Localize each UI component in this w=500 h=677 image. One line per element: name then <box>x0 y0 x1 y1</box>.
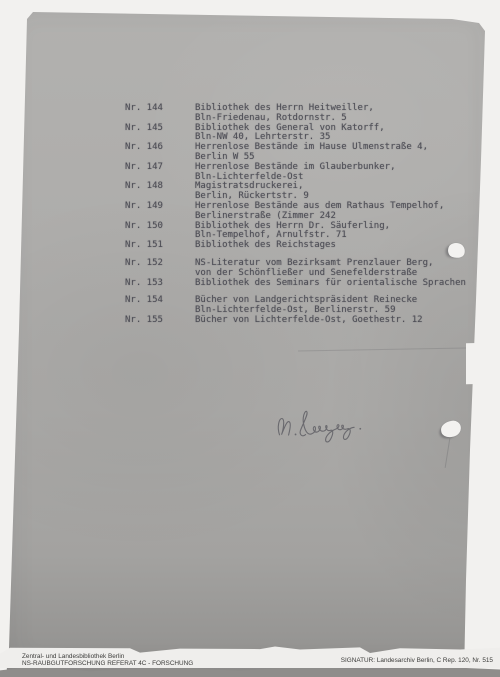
entry-number: Nr. 154 <box>125 296 195 316</box>
entry-number: Nr. 153 <box>125 279 195 289</box>
entry-row-155: Nr. 155 Bücher von Lichterfelde-Ost, Goe… <box>125 316 466 326</box>
paper-edge-notch <box>466 343 488 385</box>
typed-list: Nr. 144 Bibliothek des Herrn Heitweiller… <box>125 104 466 326</box>
entry-number: Nr. 148 <box>125 182 195 202</box>
footer-credit-line2: NS-RAUBGUTFORSCHUNG REFERAT 4C - FORSCHU… <box>22 660 193 667</box>
entry-row-151: Nr. 151 Bibliothek des Reichstages <box>125 241 466 251</box>
entry-number: Nr. 155 <box>125 316 195 326</box>
footer-credit-line1: Zentral- und Landesbibliothek Berlin <box>22 653 193 660</box>
entry-number: Nr. 149 <box>125 202 195 222</box>
entry-row-145: Nr. 145 Bibliothek des General von Kator… <box>125 124 466 144</box>
entry-row-146: Nr. 146 Herrenlose Bestände im Hause Ulm… <box>125 143 466 163</box>
entry-number: Nr. 150 <box>125 222 195 242</box>
footer-signature-ref: SIGNATUR: Landesarchiv Berlin, C Rep. 12… <box>341 657 493 664</box>
entry-row-144: Nr. 144 Bibliothek des Herrn Heitweiller… <box>125 104 466 124</box>
entry-line: Bücher von Lichterfelde-Ost, Goethestr. … <box>195 316 423 326</box>
entry-number: Nr. 144 <box>125 104 195 124</box>
entry-row-152: Nr. 152 NS-Literatur vom Bezirksamt Pren… <box>125 259 466 279</box>
entry-number: Nr. 151 <box>125 241 195 251</box>
entry-line: Bibliothek des Reichstages <box>195 241 336 251</box>
entry-row-154: Nr. 154 Bücher von Landgerichtspräsident… <box>125 296 466 316</box>
entry-row-150: Nr. 150 Bibliothek des Herrn Dr. Säuferl… <box>125 222 466 242</box>
paper-texture <box>0 0 500 677</box>
entry-number: Nr. 146 <box>125 143 195 163</box>
entry-number: Nr. 152 <box>125 259 195 279</box>
entry-number: Nr. 145 <box>125 124 195 144</box>
entry-row-147: Nr. 147 Herrenlose Bestände im Glauberbu… <box>125 163 466 183</box>
entry-row-149: Nr. 149 Herrenlose Bestände aus dem Rath… <box>125 202 466 222</box>
scan-background: Nr. 144 Bibliothek des Herrn Heitweiller… <box>0 0 500 677</box>
footer-credit: Zentral- und Landesbibliothek Berlin NS-… <box>22 653 193 667</box>
document-page: Nr. 144 Bibliothek des Herrn Heitweiller… <box>0 0 500 677</box>
footer-bar: Zentral- und Landesbibliothek Berlin NS-… <box>0 646 500 668</box>
entry-line: Bibliothek des Seminars für orientalisch… <box>195 279 466 289</box>
entry-row-153: Nr. 153 Bibliothek des Seminars für orie… <box>125 279 466 289</box>
entry-row-148: Nr. 148 Magistratsdruckerei,Berlin, Rück… <box>125 182 466 202</box>
entry-number: Nr. 147 <box>125 163 195 183</box>
